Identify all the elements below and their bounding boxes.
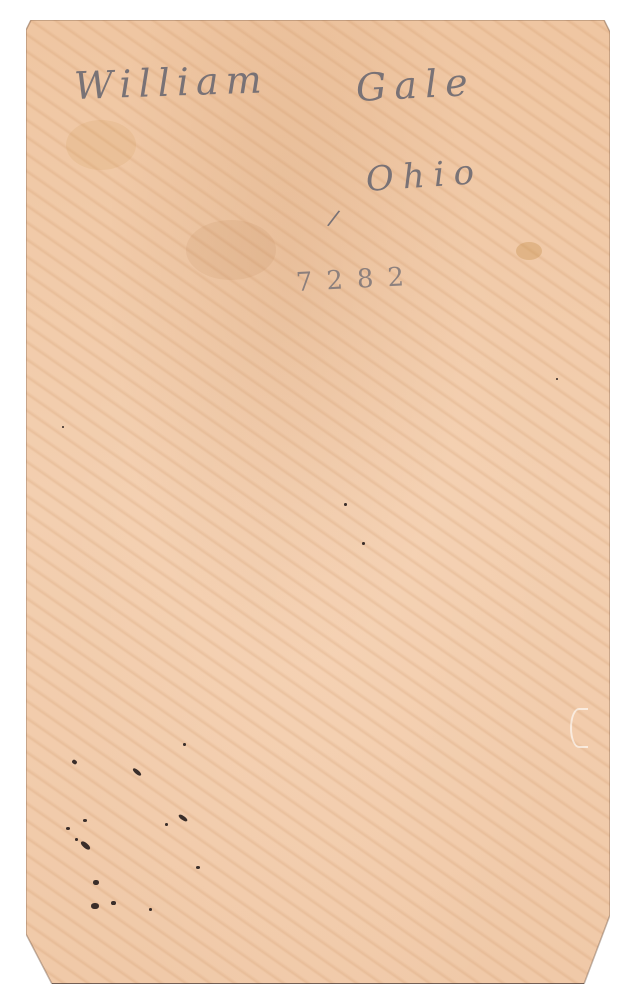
ink-speck: [111, 901, 116, 905]
ink-speck: [362, 542, 365, 545]
inscription-last-name: Gale: [355, 60, 477, 110]
ink-speck: [149, 908, 152, 911]
inscription-first-name: William: [73, 57, 269, 108]
scan-background: William Gale Ohio / 7282: [0, 0, 627, 1000]
ink-speck: [75, 838, 78, 841]
foxing-stain: [66, 120, 136, 170]
surface-scuff: [570, 708, 588, 748]
ink-speck: [66, 827, 70, 830]
card-back: [26, 20, 610, 984]
inscription-state: Ohio: [365, 152, 485, 200]
inscription-catalog-number: 7282: [295, 262, 419, 298]
ink-speck: [344, 503, 347, 506]
ink-speck: [556, 378, 558, 380]
ink-speck: [91, 903, 99, 909]
ink-speck: [183, 743, 186, 746]
foxing-stain: [186, 220, 276, 280]
ink-speck: [196, 866, 200, 869]
ink-speck: [93, 880, 99, 885]
foxing-stain: [516, 242, 542, 260]
ink-speck: [83, 819, 87, 822]
ink-speck: [62, 426, 64, 428]
ink-speck: [165, 823, 168, 826]
